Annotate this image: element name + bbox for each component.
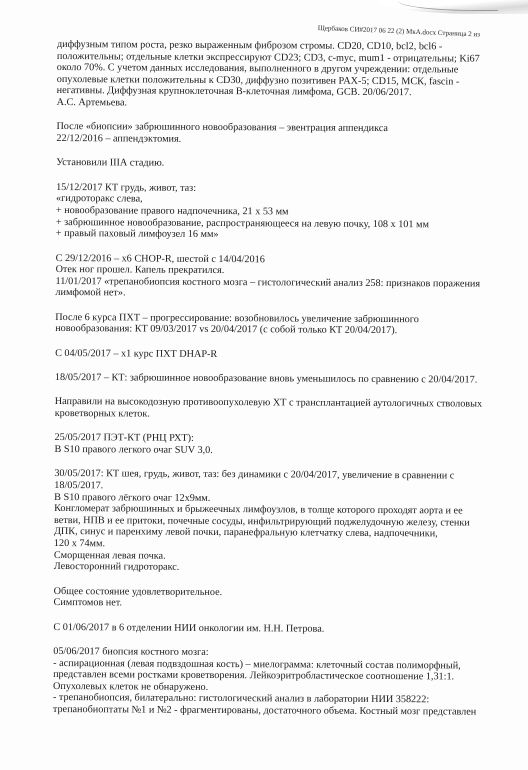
- scanned-page: Щербаков СИ#2017 06 22 (2) МкА.docx Стра…: [0, 0, 528, 770]
- paragraph-chop-r: С 29/12/2016 – х6 CHOP-R, шестой с 14/04…: [55, 252, 515, 301]
- paragraph-ct-2017-12-15: 15/12/2017 КТ грудь, живот, таз: «гидрот…: [56, 182, 516, 243]
- paragraph-status: Общее состояние удовлетворительное. Симп…: [54, 586, 514, 612]
- paragraph-pet-ct: 25/05/2017 ПЭТ-КТ (РНЦ РХТ): В S10 право…: [54, 432, 514, 458]
- paragraph-biopsy-note: После «биопсии» забрюшинного новообразов…: [56, 121, 516, 147]
- paragraph-ct-2017-05-30: 30/05/2017: КТ шея, грудь, живот, таз: б…: [54, 468, 515, 575]
- document-body: диффузным типом роста, резко выраженным …: [53, 39, 517, 718]
- paragraph-progression: После 6 курса ПХТ – прогрессирование: во…: [55, 312, 515, 338]
- page-header: Щербаков СИ#2017 06 22 (2) МкА.docx Стра…: [318, 24, 480, 39]
- text-line: трепанобиоптаты №1 и №2 - фрагментирован…: [53, 704, 513, 718]
- paragraph-histology: диффузным типом роста, резко выраженным …: [57, 39, 517, 111]
- paragraph-referral: Направили на высокодозную противоопухоле…: [55, 396, 515, 422]
- paragraph-bone-marrow: 05/06/2017 биопсия костного мозга: - асп…: [53, 646, 513, 718]
